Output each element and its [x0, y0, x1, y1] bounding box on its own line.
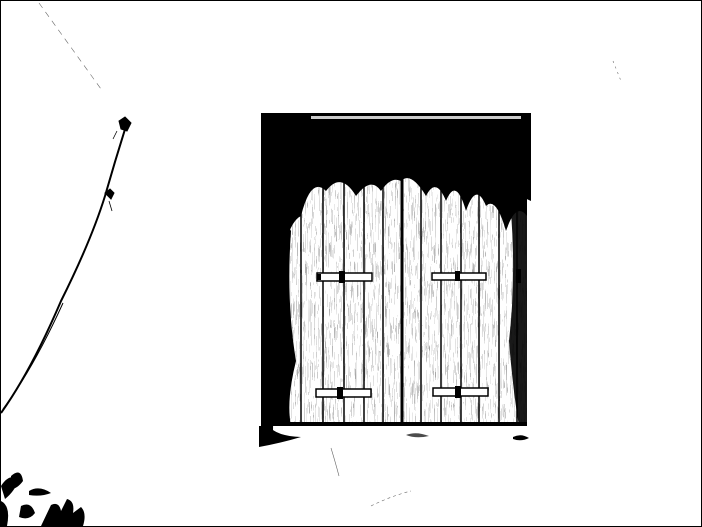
wire-vine [1, 117, 131, 413]
window [259, 113, 531, 447]
hinge-top-left [317, 271, 372, 283]
hinge-bottom-right [433, 386, 488, 398]
latch [516, 269, 521, 283]
foliage [1, 472, 85, 526]
hinge-top-right [432, 271, 486, 281]
hinge-bottom-left [316, 387, 371, 399]
photo-frame: High-contrast black and white photograph… [0, 0, 702, 527]
photo-canvas [1, 1, 701, 526]
